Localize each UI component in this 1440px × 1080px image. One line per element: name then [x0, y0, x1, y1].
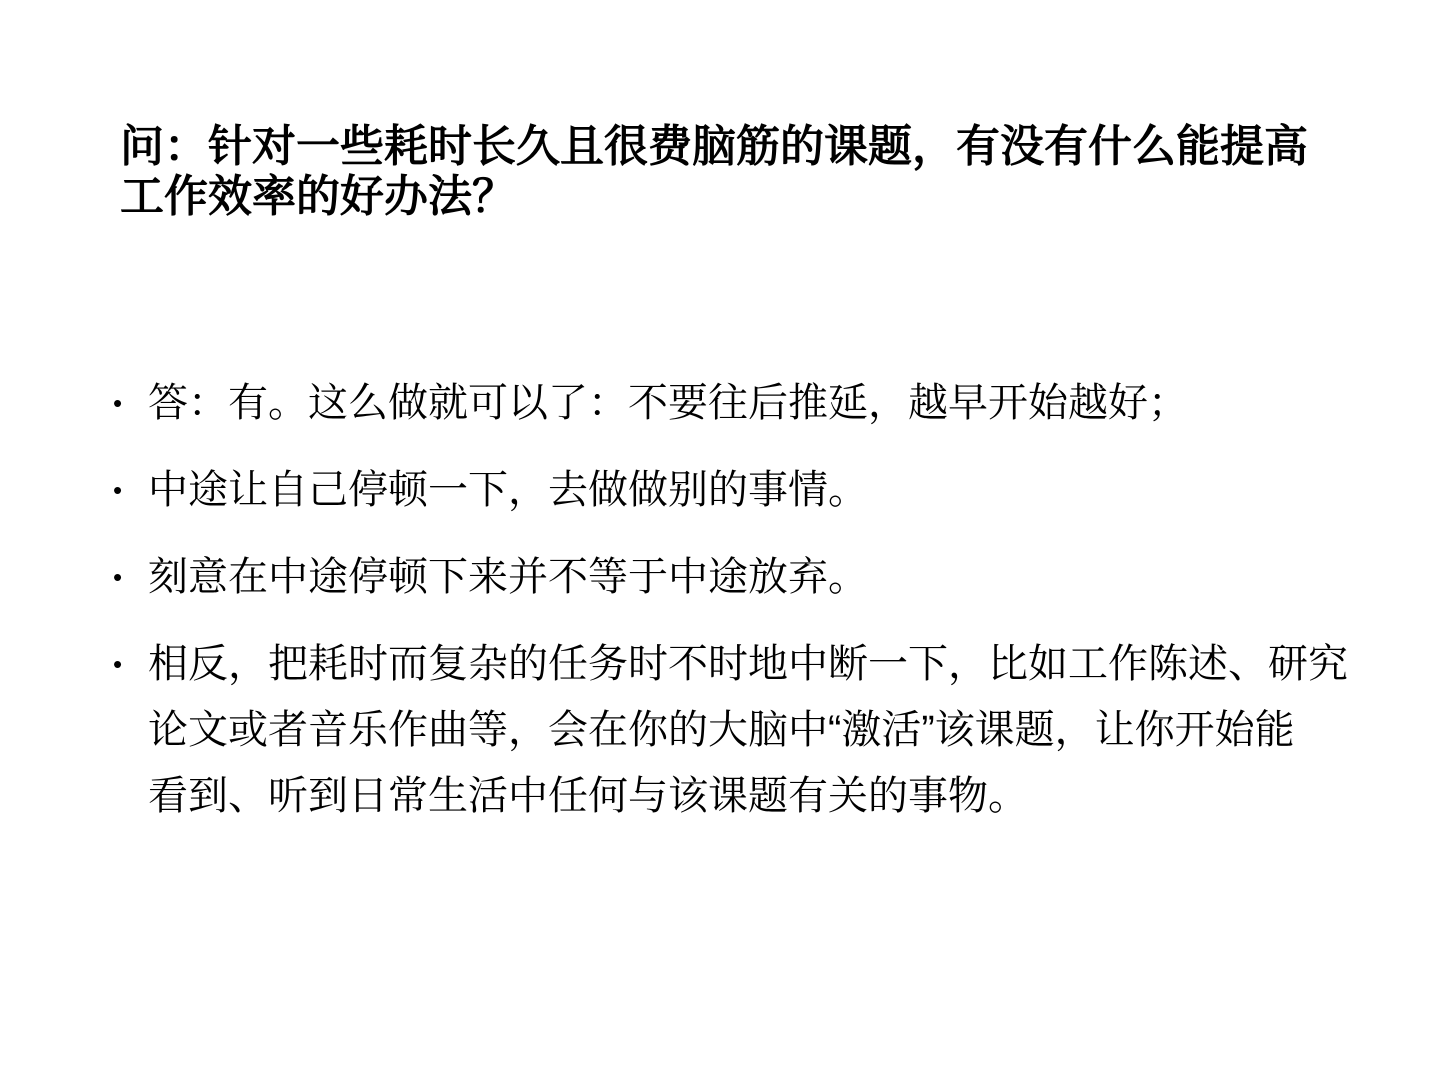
bullet-dot-icon: •	[113, 370, 148, 436]
presentation-slide: 问：针对一些耗时长久且很费脑筋的课题，有没有什么能提高 工作效率的好办法？ • …	[0, 0, 1440, 1080]
bullet-dot-icon: •	[113, 457, 148, 523]
slide-title: 问：针对一些耗时长久且很费脑筋的课题，有没有什么能提高 工作效率的好办法？	[120, 122, 1350, 222]
bullet-text: 答：有。这么做就可以了：不要往后推延，越早开始越好；	[148, 370, 1363, 436]
bullet-text-line: 相反，把耗时而复杂的任务时不时地中断一下，比如工作陈述、研究	[148, 631, 1363, 697]
bullet-list: • 答：有。这么做就可以了：不要往后推延，越早开始越好； • 中途让自己停顿一下…	[113, 370, 1363, 850]
bullet-text: 相反，把耗时而复杂的任务时不时地中断一下，比如工作陈述、研究 论文或者音乐作曲等…	[148, 631, 1363, 829]
slide-title-line-2: 工作效率的好办法？	[120, 172, 1350, 222]
bullet-item-pause: • 中途让自己停顿一下，去做做别的事情。	[113, 457, 1363, 523]
bullet-item-activate-topic: • 相反，把耗时而复杂的任务时不时地中断一下，比如工作陈述、研究 论文或者音乐作…	[113, 631, 1363, 829]
bullet-text-line: 论文或者音乐作曲等，会在你的大脑中“激活”该课题，让你开始能	[148, 697, 1363, 763]
bullet-text: 刻意在中途停顿下来并不等于中途放弃。	[148, 544, 1363, 610]
bullet-text-line: 看到、听到日常生活中任何与该课题有关的事物。	[148, 763, 1363, 829]
bullet-dot-icon: •	[113, 544, 148, 610]
bullet-dot-icon: •	[113, 631, 148, 697]
bullet-text: 中途让自己停顿一下，去做做别的事情。	[148, 457, 1363, 523]
bullet-item-answer: • 答：有。这么做就可以了：不要往后推延，越早开始越好；	[113, 370, 1363, 436]
bullet-text-line: 刻意在中途停顿下来并不等于中途放弃。	[148, 544, 1363, 610]
bullet-text-line: 答：有。这么做就可以了：不要往后推延，越早开始越好；	[148, 370, 1363, 436]
bullet-item-not-giving-up: • 刻意在中途停顿下来并不等于中途放弃。	[113, 544, 1363, 610]
bullet-text-line: 中途让自己停顿一下，去做做别的事情。	[148, 457, 1363, 523]
slide-title-line-1: 问：针对一些耗时长久且很费脑筋的课题，有没有什么能提高	[120, 122, 1350, 172]
